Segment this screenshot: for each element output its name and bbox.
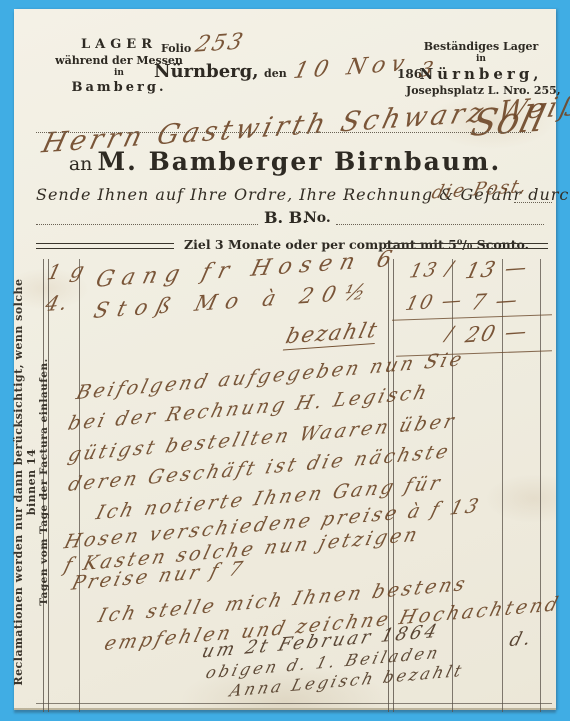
soll-handwritten: Soll [467, 98, 551, 145]
date-handwritten: 10 Nov [291, 51, 413, 85]
addressee-name: M. Bamberger Birnbaum. [98, 147, 502, 176]
terms-left-rule [36, 243, 174, 249]
row3-col1: / [443, 322, 457, 345]
bbno-right-leader [336, 223, 544, 225]
addressee-an: an [69, 153, 93, 175]
bbno-label-bb: B. B. [264, 208, 308, 227]
paper-sheet: LAGER während der Messen in Bamberg. Fol… [14, 9, 556, 710]
row1-qty: 1 g [45, 257, 89, 284]
den-label: den [264, 67, 287, 80]
row1-col1: 13 / [407, 257, 457, 283]
header-nuernberg-block: Beständiges Lager in Nürnberg, Josephspl… [406, 40, 556, 97]
salutation-ruled-line [36, 131, 531, 133]
scanned-invoice-document: LAGER während der Messen in Bamberg. Fol… [0, 0, 570, 721]
margin-note-line2: Tagen vom Tage der Factura einlaufen. [38, 261, 50, 703]
folio-value-handwritten: 253 [193, 29, 247, 58]
right-line1: Beständiges Lager [406, 40, 556, 53]
city-name: Nürnberg, [154, 61, 258, 82]
lager-line4: Bamberg. [44, 80, 194, 95]
bbno-label-no: No. [304, 210, 331, 226]
terms-right-rule [386, 243, 548, 249]
bbno-left-leader [36, 223, 258, 225]
row2-col2: 7 — [469, 287, 522, 315]
row3-desc-bezahlt: bezahlt [283, 318, 382, 351]
table-bottom-rule [36, 703, 552, 704]
margin-reclamation-note: Reclamationen werden nur dann berücksich… [12, 261, 46, 703]
folio-label: Folio [161, 42, 191, 55]
row3-col2: 20 — [463, 319, 531, 348]
closing-mark: d. [507, 628, 536, 652]
right-line3: Nürnberg, [406, 65, 556, 83]
addressee-line: an M. Bamberger Birnbaum. [14, 147, 556, 176]
table-edge-column-rule [540, 259, 541, 712]
row1-col2: 13 — [463, 255, 531, 284]
margin-note-line1: Reclamationen werden nur dann berücksich… [12, 261, 38, 703]
consign-trailing-rule [514, 201, 552, 203]
row2-col1: 10 — [403, 289, 466, 315]
right-line2: in [406, 54, 556, 64]
